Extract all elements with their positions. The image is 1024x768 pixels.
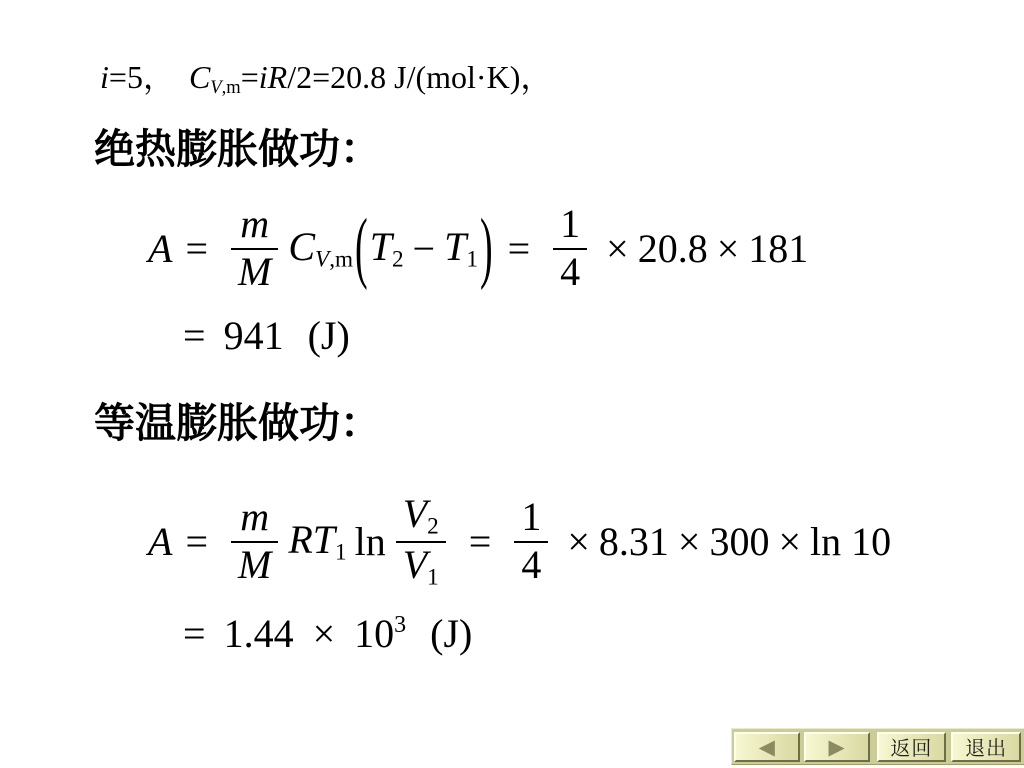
heading-adiabatic-work: 绝热膨胀做功： [94, 126, 381, 173]
equals-sign: = [183, 611, 206, 656]
minus-sign: − [413, 225, 436, 272]
exit-button[interactable]: 退出 [951, 732, 1021, 762]
next-slide-button[interactable]: ▶ [804, 732, 870, 762]
left-paren: ( [355, 208, 368, 288]
intro-over2: /2 [287, 59, 312, 95]
equals-sign: = [508, 225, 531, 272]
var-i: i [100, 59, 109, 95]
var-ir: iR [259, 59, 287, 95]
formula-isothermal: A = m M RT1 ln V2 V1 = 1 4 × 8.31 × 300 … [148, 478, 891, 604]
back-button[interactable]: 返回 [877, 732, 947, 762]
factor-ln10: ln 10 [810, 518, 891, 565]
times-sign: × [717, 225, 740, 272]
factor-8-31: 8.31 [599, 518, 669, 565]
navigation-bar: ◀ ▶ 返回 退出 [731, 728, 1024, 765]
equals-sign: = [183, 313, 206, 358]
previous-slide-button[interactable]: ◀ [734, 732, 800, 762]
var-cvm: CV,m [288, 223, 353, 273]
var-t1: T1 [444, 223, 478, 273]
heading-isothermal-work: 等温膨胀做功： [94, 400, 381, 447]
times-sign: × [567, 518, 590, 565]
result-isothermal: = 1.44 × 103 (J) [183, 610, 472, 657]
var-t2: T2 [370, 223, 404, 273]
right-arrow-icon: ▶ [829, 735, 845, 759]
times-sign: × [678, 518, 701, 565]
right-paren: ) [480, 208, 493, 288]
fraction-m-over-M: m M [231, 495, 278, 588]
ln-operator: ln [355, 518, 386, 565]
result-value: 1.44 [224, 611, 294, 656]
fraction-m-over-M: m M [231, 202, 278, 295]
factor-181: 181 [748, 225, 808, 272]
fraction-one-quarter: 1 4 [514, 495, 548, 588]
back-button-label: 返回 [890, 732, 932, 761]
intro-value: =20.8 J/(mol·K)， [312, 59, 552, 95]
var-c-subscript: V,m [210, 77, 240, 98]
result-exponent: 3 [394, 612, 406, 638]
left-arrow-icon: ◀ [759, 735, 775, 759]
var-rt1: RT1 [288, 516, 346, 566]
times-sign: × [778, 518, 801, 565]
var-a: A [148, 225, 172, 272]
fraction-one-quarter: 1 4 [553, 202, 587, 295]
equals-sign: = [185, 518, 208, 565]
exit-button-label: 退出 [965, 732, 1007, 761]
factor-20-8: 20.8 [638, 225, 708, 272]
intro-line: i=5，CV,m=iR/2=20.8 J/(mol·K)， [100, 52, 552, 99]
factor-300: 300 [709, 518, 769, 565]
slide: i=5，CV,m=iR/2=20.8 J/(mol·K)， 绝热膨胀做功： A … [0, 0, 1024, 768]
result-adiabatic: = 941 (J) [183, 312, 350, 359]
result-value: 941 [224, 313, 284, 358]
var-c: C [189, 59, 210, 95]
equals-sign: = [469, 518, 492, 565]
equals-sign: = [185, 225, 208, 272]
result-unit: (J) [308, 313, 350, 358]
result-unit: (J) [430, 611, 472, 656]
times-sign: × [313, 611, 336, 656]
formula-adiabatic: A = m M CV,m ( T2 − T1 ) = 1 4 × 20.8 × … [148, 192, 808, 304]
intro-eq2: = [241, 59, 259, 95]
intro-eq-five: =5， [109, 59, 175, 95]
times-sign: × [606, 225, 629, 272]
var-a: A [148, 518, 172, 565]
fraction-v2-over-v1: V2 V1 [396, 492, 446, 590]
result-base: 10 [354, 611, 394, 656]
